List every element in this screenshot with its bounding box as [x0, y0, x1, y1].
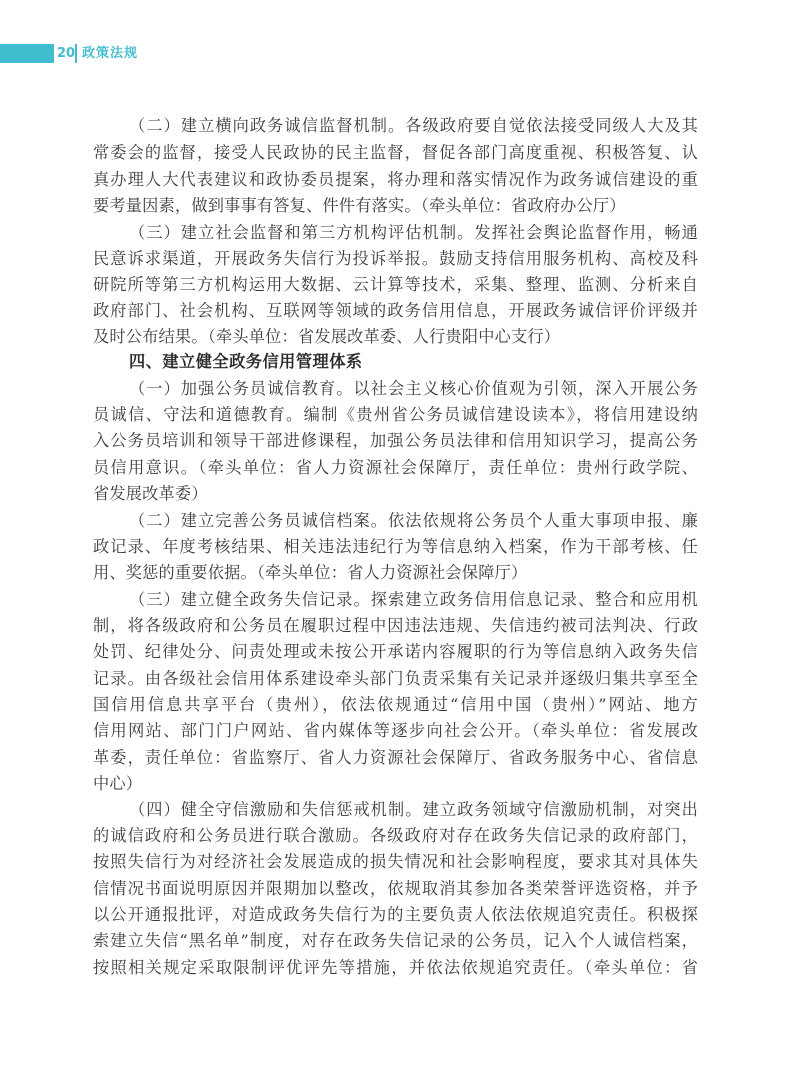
header-accent-bar	[0, 44, 54, 63]
text-line: 常委会的监督，接受人民政协的民主监督，督促各部门高度重视、积极答复、认	[93, 141, 698, 165]
text-line: 真办理人大代表建议和政协委员提案，将办理和落实情况作为政务诚信建设的重	[93, 168, 698, 192]
text-line: （三）建立社会监督和第三方机构评估机制。发挥社会舆论监督作用，畅通	[129, 221, 698, 245]
text-line: 处罚、纪律处分、问责处理或未按公开承诺内容履职的行为等信息纳入政务失信	[93, 640, 698, 664]
text-line: 按照失信行为对经济社会发展造成的损失情况和社会影响程度，要求其对具体失	[93, 850, 698, 874]
text-line: 中心）	[93, 772, 698, 796]
text-line: 国信用信息共享平台（贵州），依法依规通过“信用中国（贵州）”网站、地方	[93, 693, 698, 717]
text-line: 研院所等第三方机构运用大数据、云计算等技术，采集、整理、监测、分析来自	[93, 273, 698, 297]
page-number: 20	[57, 45, 75, 62]
text-line: 要考量因素，做到事事有答复、件件有落实。（牵头单位：省政府办公厅）	[93, 194, 698, 218]
text-line: 入公务员培训和领导干部进修课程，加强公务员法律和信用知识学习，提高公务	[93, 429, 698, 453]
text-line: 政府部门、社会机构、互联网等领域的政务信用信息，开展政务诚信评价评级并	[93, 299, 698, 323]
section-title: 政策法规	[82, 45, 138, 62]
text-line: 员诚信、守法和道德教育。编制《贵州省公务员诚信建设读本》，将信用建设纳	[93, 403, 698, 427]
text-line: 及时公布结果。（牵头单位：省发展改革委、人行贵阳中心支行）	[93, 325, 698, 349]
text-line: 用、奖惩的重要依据。（牵头单位：省人力资源社会保障厅）	[93, 561, 698, 585]
text-line: 按照相关规定采取限制评优评先等措施，并依法依规追究责任。（牵头单位：省	[93, 956, 698, 980]
header-divider	[75, 44, 77, 63]
text-line: 信用网站、部门门户网站、省内媒体等逐步向社会公开。（牵头单位：省发展改	[93, 719, 698, 743]
text-line: 省发展改革委）	[93, 482, 698, 506]
text-line: （三）建立健全政务失信记录。探索建立政务信用信息记录、整合和应用机	[129, 588, 698, 612]
text-line: （一）加强公务员诚信教育。以社会主义核心价值观为引领，深入开展公务	[129, 377, 698, 401]
text-line: 的诚信政府和公务员进行联合激励。各级政府对存在政务失信记录的政府部门，	[93, 824, 698, 848]
section-heading: 四、建立健全政务信用管理体系	[129, 350, 363, 374]
text-line: 革委，责任单位：省监察厅、省人力资源社会保障厅、省政务服务中心、省信息	[93, 746, 698, 770]
text-line: 民意诉求渠道，开展政务失信行为投诉举报。鼓励支持信用服务机构、高校及科	[93, 247, 698, 271]
text-line: 以公开通报批评，对造成政务失信行为的主要负责人依法依规追究责任。积极探	[93, 903, 698, 927]
text-line: 索建立失信“黑名单”制度，对存在政务失信记录的公务员，记入个人诚信档案，	[93, 929, 698, 953]
text-line: （二）建立完善公务员诚信档案。依法依规将公务员个人重大事项申报、廉	[129, 509, 698, 533]
text-line: 制，将各级政府和公务员在履职过程中因违法违规、失信违约被司法判决、行政	[93, 614, 698, 638]
text-line: （二）建立横向政务诚信监督机制。各级政府要自觉依法接受同级人大及其	[129, 114, 698, 138]
text-line: （四）健全守信激励和失信惩戒机制。建立政务领域守信激励机制，对突出	[129, 798, 698, 822]
text-line: 信情况书面说明原因并限期加以整改，依规取消其参加各类荣誉评选资格，并予	[93, 877, 698, 901]
text-line: 员信用意识。（牵头单位：省人力资源社会保障厅，责任单位：贵州行政学院、	[93, 456, 698, 480]
text-line: 政记录、年度考核结果、相关违法违纪行为等信息纳入档案，作为干部考核、任	[93, 535, 698, 559]
text-line: 记录。由各级社会信用体系建设牵头部门负责采集有关记录并逐级归集共享至全	[93, 667, 698, 691]
